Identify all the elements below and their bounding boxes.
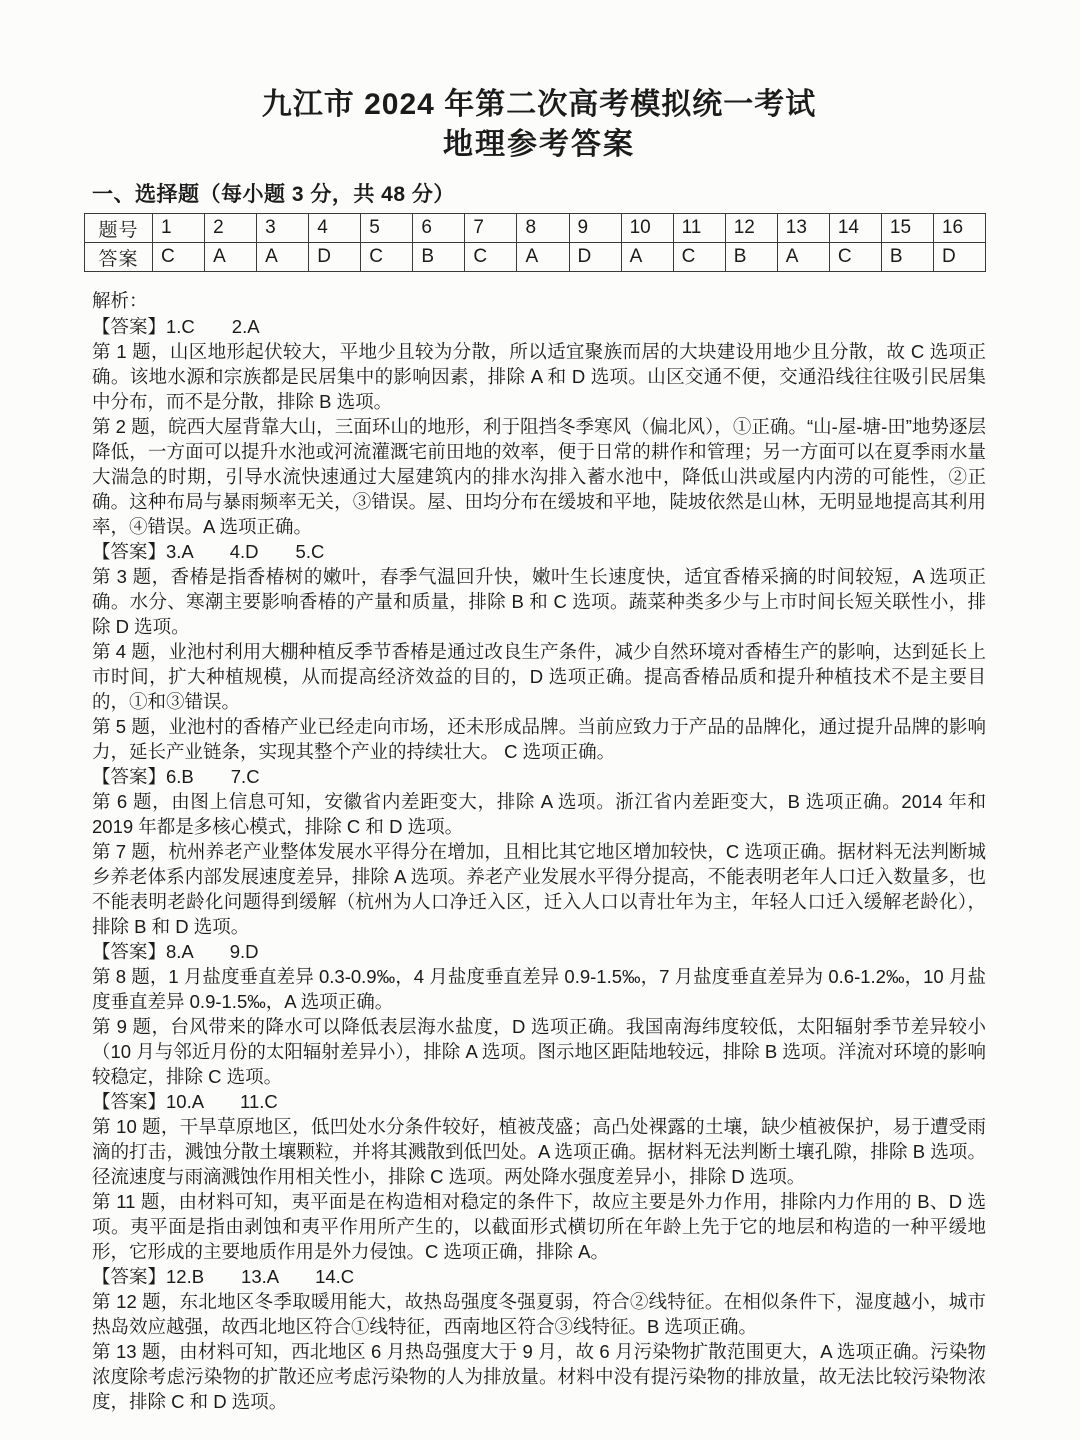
- answer-cell: C: [465, 243, 517, 272]
- answer-cell: B: [413, 243, 465, 272]
- answer-cell: B: [725, 243, 777, 272]
- answer-cell: C: [673, 243, 725, 272]
- exam-answer-sheet-page: { "page": { "title": "九江市 2024 年第二次高考模拟统…: [0, 0, 1080, 1440]
- explanation-paragraph-q4: 第 4 题，业池村利用大棚种植反季节香椿是通过改良生产条件，减少自然环境对香椿生…: [92, 639, 986, 714]
- explanation-paragraph-q13: 第 13 题，由材料可知，西北地区 6 月热岛强度大于 9 月，故 6 月污染物…: [92, 1339, 986, 1414]
- answer-summary-line: 【答案】10.A 11.C: [92, 1089, 986, 1114]
- explanation-paragraph-q2: 第 2 题，皖西大屋背靠大山，三面环山的地形，利于阻挡冬季寒风（偏北风），①正确…: [92, 414, 986, 539]
- question-number-cell: 7: [465, 214, 517, 243]
- question-number-cell: 14: [829, 214, 881, 243]
- explanation-paragraph-q8: 第 8 题，1 月盐度垂直差异 0.3-0.9‰，4 月盐度垂直差异 0.9-1…: [92, 964, 986, 1014]
- explanation-paragraph-q1: 第 1 题，山区地形起伏较大，平地少且较为分散，所以适宜聚族而居的大块建设用地少…: [92, 339, 986, 414]
- question-number-cell: 4: [309, 214, 361, 243]
- row-header-qnum: 题号: [85, 214, 153, 243]
- question-number-cell: 10: [621, 214, 673, 243]
- answer-table: 题号 1 2 3 4 5 6 7 8 9 10 11 12 13 14 15 1…: [84, 213, 986, 272]
- answer-cell: A: [517, 243, 569, 272]
- question-number-cell: 1: [153, 214, 205, 243]
- answer-summary-line: 【答案】3.A 4.D 5.C: [92, 539, 986, 564]
- answer-cell: A: [205, 243, 257, 272]
- question-number-cell: 5: [361, 214, 413, 243]
- question-number-cell: 13: [777, 214, 829, 243]
- question-number-row: 题号 1 2 3 4 5 6 7 8 9 10 11 12 13 14 15 1…: [85, 214, 986, 243]
- question-number-cell: 3: [257, 214, 309, 243]
- question-number-cell: 16: [933, 214, 985, 243]
- answer-cell: B: [881, 243, 933, 272]
- question-number-cell: 8: [517, 214, 569, 243]
- question-number-cell: 15: [881, 214, 933, 243]
- explanation-paragraph-q7: 第 7 题，杭州养老产业整体发展水平得分在增加，且相比其它地区增加较快，C 选项…: [92, 839, 986, 939]
- question-number-cell: 9: [569, 214, 621, 243]
- explanation-paragraph-q6: 第 6 题，由图上信息可知，安徽省内差距变大，排除 A 选项。浙江省内差距变大，…: [92, 789, 986, 839]
- explanation-paragraph-q11: 第 11 题，由材料可知，夷平面是在构造相对稳定的条件下，故应主要是外力作用，排…: [92, 1189, 986, 1264]
- question-number-cell: 12: [725, 214, 777, 243]
- answer-cell: A: [621, 243, 673, 272]
- answer-cell: D: [569, 243, 621, 272]
- question-number-cell: 6: [413, 214, 465, 243]
- explanation-paragraph-q5: 第 5 题，业池村的香椿产业已经走向市场，还未形成品牌。当前应致力于产品的品牌化…: [92, 714, 986, 764]
- answer-cell: C: [153, 243, 205, 272]
- section-heading: 一、选择题（每小题 3 分，共 48 分）: [92, 178, 986, 208]
- analysis-section: 解析： 【答案】1.C 2.A 第 1 题，山区地形起伏较大，平地少且较为分散，…: [92, 288, 986, 1414]
- explanation-paragraph-q10: 第 10 题，干旱草原地区，低凹处水分条件较好，植被茂盛；高凸处裸露的土壤，缺少…: [92, 1114, 986, 1189]
- page-title: 九江市 2024 年第二次高考模拟统一考试: [92, 86, 986, 124]
- explanation-paragraph-q3: 第 3 题，香椿是指香椿树的嫩叶，春季气温回升快，嫩叶生长速度快，适宜香椿采摘的…: [92, 564, 986, 639]
- answer-cell: D: [309, 243, 361, 272]
- answer-row: 答案 C A A D C B C A D A C B A C B D: [85, 243, 986, 272]
- answer-summary-line: 【答案】1.C 2.A: [92, 314, 986, 339]
- answer-summary-line: 【答案】6.B 7.C: [92, 764, 986, 789]
- explanation-paragraph-q12: 第 12 题，东北地区冬季取暖用能大，故热岛强度冬强夏弱，符合②线特征。在相似条…: [92, 1289, 986, 1339]
- explanation-paragraph-q9: 第 9 题，台风带来的降水可以降低表层海水盐度，D 选项正确。我国南海纬度较低，…: [92, 1014, 986, 1089]
- page-subtitle: 地理参考答案: [92, 126, 986, 164]
- question-number-cell: 11: [673, 214, 725, 243]
- answer-cell: A: [257, 243, 309, 272]
- answer-summary-line: 【答案】8.A 9.D: [92, 939, 986, 964]
- document-page: 九江市 2024 年第二次高考模拟统一考试 地理参考答案 一、选择题（每小题 3…: [0, 0, 1080, 1440]
- answer-cell: A: [777, 243, 829, 272]
- analysis-heading: 解析：: [92, 288, 986, 313]
- answer-cell: C: [361, 243, 413, 272]
- question-number-cell: 2: [205, 214, 257, 243]
- answer-summary-line: 【答案】12.B 13.A 14.C: [92, 1264, 986, 1289]
- row-header-answer: 答案: [85, 243, 153, 272]
- answer-cell: D: [933, 243, 985, 272]
- answer-cell: C: [829, 243, 881, 272]
